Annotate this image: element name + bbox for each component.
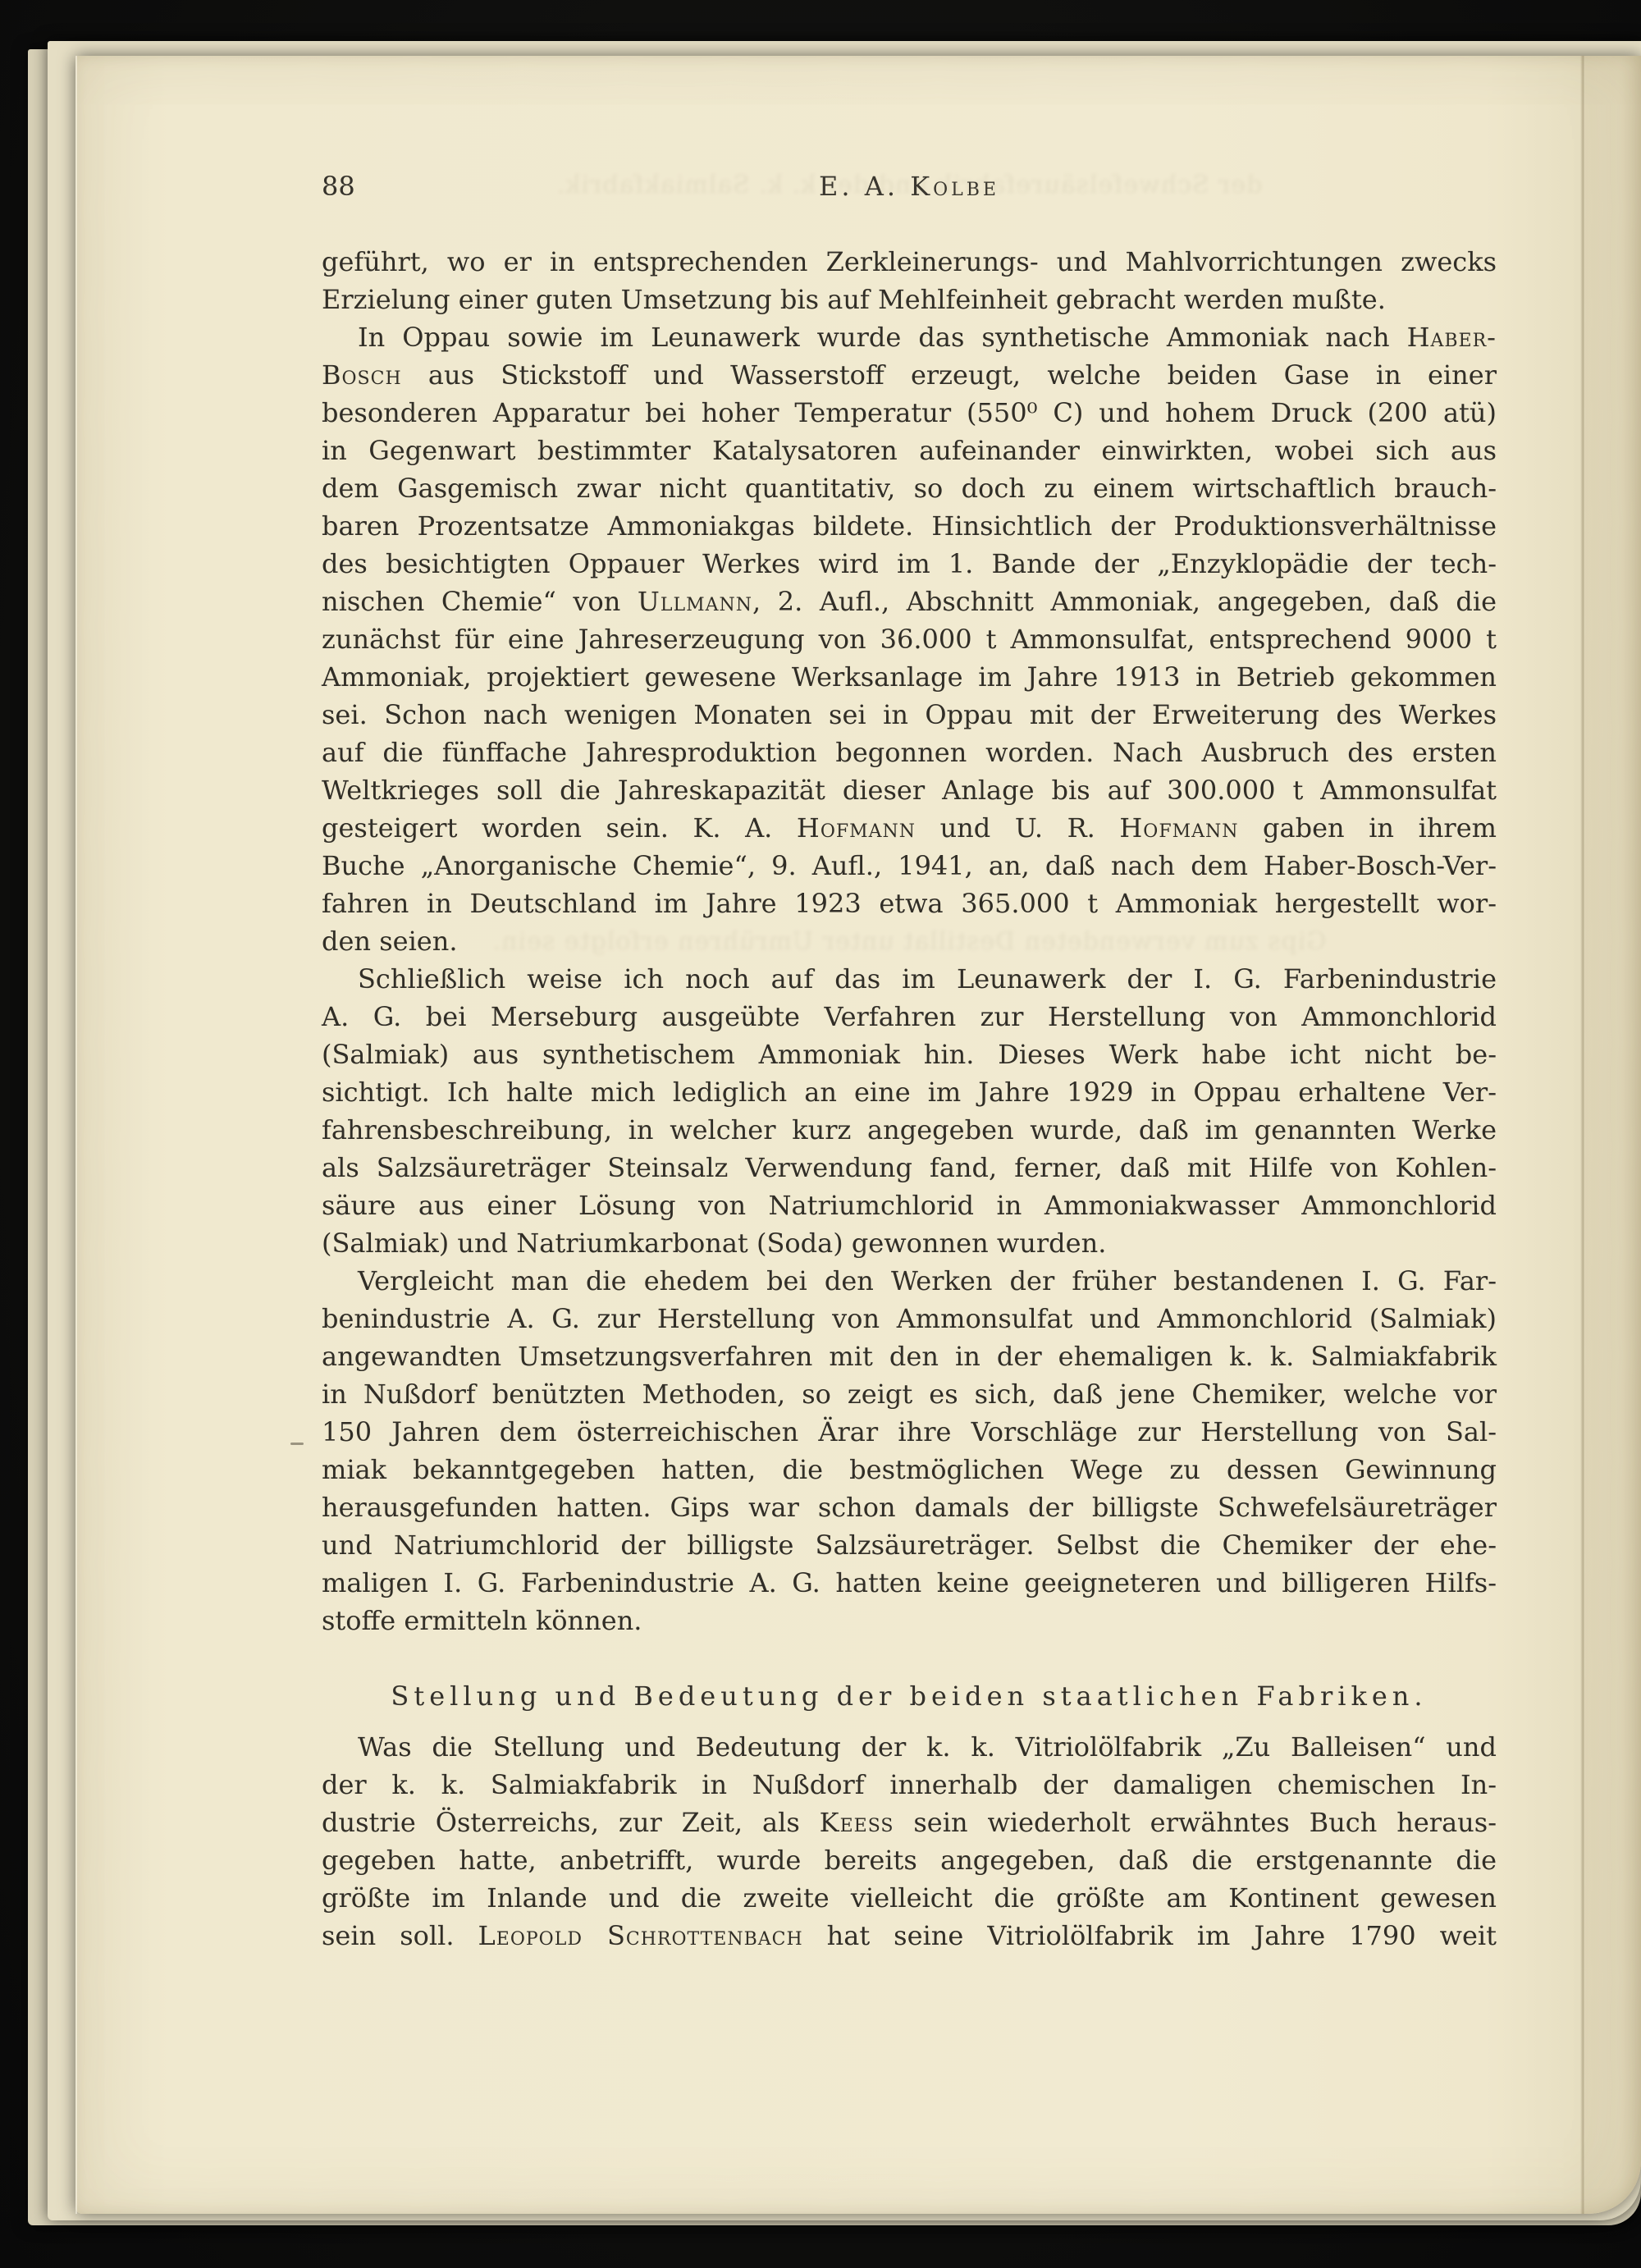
photo-background: { "page": { "number": "88", "running_tit…: [0, 0, 1641, 2268]
gutter-shade: [1585, 56, 1641, 2214]
text-block: geführt, wo er in entsprechenden Zerklei…: [322, 243, 1497, 1955]
text-line: maligen I. G. Farbenindustrie A. G. hatt…: [322, 1564, 1497, 1602]
text-line: herausgefunden hatten. Gips war schon da…: [322, 1488, 1497, 1526]
text-line: säure aus einer Lösung von Natriumchlori…: [322, 1187, 1497, 1224]
text-line: fahren in Deutschland im Jahre 1923 etwa…: [322, 885, 1497, 922]
text-line: A. G. bei Merseburg ausgeübte Verfahren …: [322, 998, 1497, 1036]
text-line: Buche „Anorganische Chemie“, 9. Aufl., 1…: [322, 847, 1497, 885]
text-line: benindustrie A. G. zur Herstellung von A…: [322, 1300, 1497, 1337]
text-line: besonderen Apparatur bei hoher Temperatu…: [322, 394, 1497, 432]
text-line: dustrie Österreichs, zur Zeit, als Keess…: [322, 1804, 1497, 1841]
text-line: gegeben hatte, anbetrifft, wurde bereits…: [322, 1841, 1497, 1879]
text-line: (Salmiak) und Natriumkarbonat (Soda) gew…: [322, 1224, 1497, 1262]
text-line: des besichtigten Oppauer Werkes wird im …: [322, 545, 1497, 583]
text-line: den seien.: [322, 922, 1497, 960]
text-line: in Gegenwart bestimmter Katalysatoren au…: [322, 432, 1497, 469]
running-head: 88 E. A. Kolbe: [322, 171, 1497, 208]
text-line: 150 Jahren dem österreichischen Ärar ihr…: [322, 1413, 1497, 1451]
text-line: Bosch aus Stickstoff und Wasserstoff erz…: [322, 356, 1497, 394]
text-line: als Salzsäureträger Steinsalz Verwendung…: [322, 1149, 1497, 1187]
text-line: sichtigt. Ich halte mich lediglich an ei…: [322, 1073, 1497, 1111]
text-line: sei. Schon nach wenigen Monaten sei in O…: [322, 696, 1497, 734]
running-title: E. A. Kolbe: [819, 171, 999, 202]
text-line: gesteigert worden sein. K. A. Hofmann un…: [322, 809, 1497, 847]
text-line: Erzielung einer guten Umsetzung bis auf …: [322, 281, 1497, 318]
text-line: Was die Stellung und Bedeutung der k. k.…: [322, 1728, 1497, 1766]
text-line: geführt, wo er in entsprechenden Zerklei…: [322, 243, 1497, 281]
text-line: dem Gasgemisch zwar nicht quantitativ, s…: [322, 469, 1497, 507]
gutter-crease: [1580, 56, 1585, 2214]
text-line: In Oppau sowie im Leunawerk wurde das sy…: [322, 318, 1497, 356]
text-line: fahrensbeschreibung, in welcher kurz ang…: [322, 1111, 1497, 1149]
text-line: Schließlich weise ich noch auf das im Le…: [322, 960, 1497, 998]
section-heading: Stellung und Bedeutung der beiden staatl…: [322, 1677, 1497, 1715]
text-line: auf die fünffache Jahresproduktion begon…: [322, 734, 1497, 771]
margin-mark: [290, 1443, 304, 1445]
text-line: stoffe ermitteln können.: [322, 1602, 1497, 1639]
page-edge-highlight: [75, 56, 77, 2214]
text-line: in Nußdorf benützten Methoden, so zeigt …: [322, 1375, 1497, 1413]
text-line: nischen Chemie“ von Ullmann, 2. Aufl., A…: [322, 583, 1497, 620]
text-line: der k. k. Salmiakfabrik in Nußdorf inner…: [322, 1766, 1497, 1804]
text-line: größte im Inlande und die zweite viellei…: [322, 1879, 1497, 1917]
page-number: 88: [322, 171, 355, 202]
text-line: angewandten Umsetzungsverfahren mit den …: [322, 1337, 1497, 1375]
text-line: zunächst für eine Jahreserzeugung von 36…: [322, 620, 1497, 658]
text-line: baren Prozentsatze Ammoniakgas bildete. …: [322, 507, 1497, 545]
text-line: und Natriumchlorid der billigste Salzsäu…: [322, 1526, 1497, 1564]
book-page: der Schwefelsäurefabrik und der k. k. Sa…: [75, 56, 1641, 2214]
text-line: Vergleicht man die ehedem bei den Werken…: [322, 1262, 1497, 1300]
text-line: Ammoniak, projektiert gewesene Werksanla…: [322, 658, 1497, 696]
text-line: sein soll. Leopold Schrottenbach hat sei…: [322, 1917, 1497, 1955]
text-line: (Salmiak) aus synthetischem Ammoniak hin…: [322, 1036, 1497, 1073]
text-line: Weltkrieges soll die Jahreskapazität die…: [322, 771, 1497, 809]
text-line: miak bekanntgegeben hatten, die bestmögl…: [322, 1451, 1497, 1488]
